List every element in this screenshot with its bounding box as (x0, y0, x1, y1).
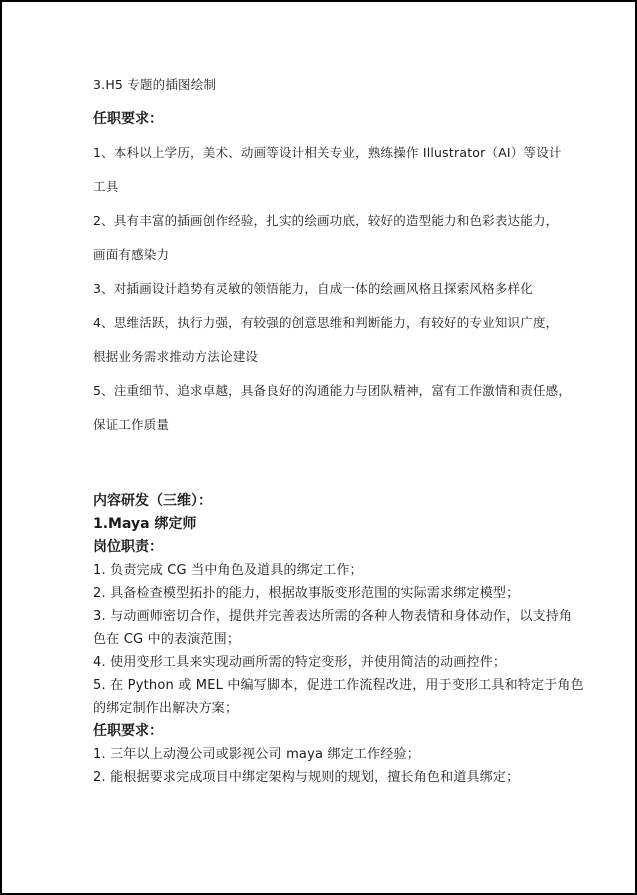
requirement-line: 1、本科以上学历，美术、动画等设计相关专业，熟练操作 Illustrator（A… (93, 136, 579, 170)
requirement-line: 工具 (93, 170, 579, 204)
duty-line: 2. 具备检查模型拓扑的能力，根据故事版变形范围的实际需求绑定模型； (93, 582, 579, 605)
duty-line: 色在 CG 中的表演范围； (93, 628, 579, 651)
requirement-line: 4、思维活跃，执行力强，有较强的创意思维和判断能力，有较好的专业知识广度， (93, 306, 579, 340)
section-illustration: 3.H5 专题的插图绘制 任职要求： 1、本科以上学历，美术、动画等设计相关专业… (93, 68, 579, 442)
section-3d-heading: 内容研发（三维）： (93, 490, 579, 513)
requirement-line: 2. 能根据要求完成项目中绑定架构与规则的规划，擅长角色和道具绑定； (93, 766, 579, 789)
requirement-line: 保证工作质量 (93, 408, 579, 442)
requirement-line: 5、注重细节、追求卓越，具备良好的沟通能力与团队精神，富有工作激情和责任感， (93, 374, 579, 408)
requirement-line: 3、对插画设计趋势有灵敏的领悟能力，自成一体的绘画风格且探索风格多样化 (93, 272, 579, 306)
document-content: 3.H5 专题的插图绘制 任职要求： 1、本科以上学历，美术、动画等设计相关专业… (93, 68, 579, 789)
intro-line: 3.H5 专题的插图绘制 (93, 68, 579, 102)
duties-heading: 岗位职责： (93, 536, 579, 559)
requirement-line: 1. 三年以上动漫公司或影视公司 maya 绑定工作经验； (93, 743, 579, 766)
requirement-line: 根据业务需求推动方法论建设 (93, 340, 579, 374)
duty-line: 1. 负责完成 CG 当中角色及道具的绑定工作； (93, 559, 579, 582)
section-3d-content: 内容研发（三维）： 1.Maya 绑定师 岗位职责： 1. 负责完成 CG 当中… (93, 490, 579, 789)
duty-line: 4. 使用变形工具来实现动画所需的特定变形，并使用简洁的动画控件； (93, 651, 579, 674)
requirements-heading: 任职要求： (93, 102, 579, 136)
duty-line: 3. 与动画师密切合作，提供并完善表达所需的各种人物表情和身体动作，以支持角 (93, 605, 579, 628)
duty-line: 5. 在 Python 或 MEL 中编写脚本，促进工作流程改进，用于变形工具和… (93, 674, 579, 697)
requirements-heading: 任职要求： (93, 720, 579, 743)
duty-line: 的绑定制作出解决方案； (93, 697, 579, 720)
requirement-line: 2、具有丰富的插画创作经验，扎实的绘画功底，较好的造型能力和色彩表达能力， (93, 204, 579, 238)
requirement-line: 画面有感染力 (93, 238, 579, 272)
role-title: 1.Maya 绑定师 (93, 513, 579, 536)
document-page: 3.H5 专题的插图绘制 任职要求： 1、本科以上学历，美术、动画等设计相关专业… (0, 0, 637, 895)
